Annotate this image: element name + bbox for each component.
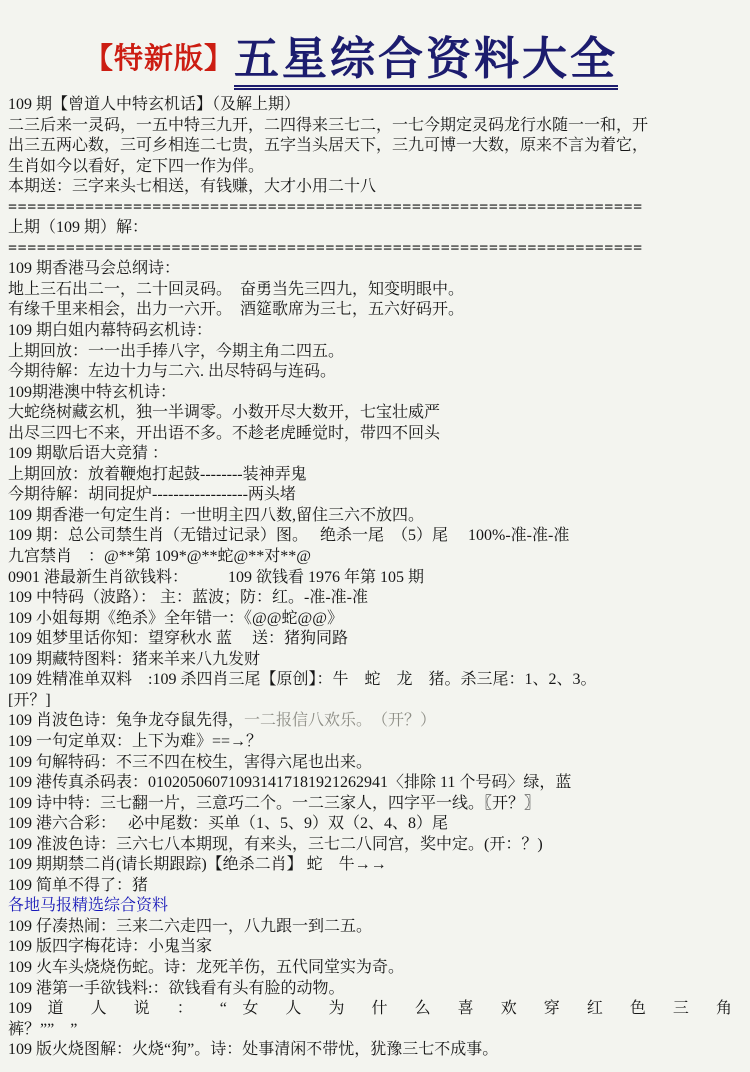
text-line: 大蛇绕树藏玄机，独一半调零。小数开尽大数开，七宝壮威严 [8, 403, 742, 424]
text-line: 今期待解：左边十力与二六. 出尽特码与连码。 [8, 362, 742, 383]
text-line: 109 期香港一句定生肖：一世明主四八数,留住三六不放四。 [8, 506, 742, 527]
content-lines: 109 期【曾道人中特玄机话】（及解上期）二三后来一灵码，一五中特三九开，二四得… [0, 87, 750, 1061]
text-line: 地上三石出二一，二十回灵码。 奋勇当先三四九，知变明眼中。 [8, 280, 742, 301]
text-line: 109 诗中特：三七翻一片，三意巧二个。一二三家人，四字平一线。〖开？〗 [8, 794, 742, 815]
document-page: 【特新版】五星综合资料大全 109 期【曾道人中特玄机话】（及解上期）二三后来一… [0, 0, 750, 1072]
text-line: 二三后来一灵码，一五中特三九开，二四得来三七二，一七今期定灵码龙行水随一一和，开 [8, 116, 742, 137]
text-line: 109 火车头烧烧伤蛇。诗：龙死羊伤，五代同堂实为奇。 [8, 958, 742, 979]
text-line: 各地马报精选综合资料 [8, 896, 742, 917]
text-line: 109 版火烧图解：火烧“狗”。诗：处事清闲不带忧，犹豫三七不成事。 [8, 1040, 742, 1061]
text-line: 109 期期禁二肖(请长期跟踪)【绝杀二肖】 蛇 牛→→ [8, 855, 742, 876]
text-line: 今期待解：胡同捉炉------------------两头堵 [8, 485, 742, 506]
text-line: ========================================… [8, 198, 742, 219]
text-line: 109 肖波色诗：兔争龙夺鼠先得，一二报信八欢乐。 （开？） [8, 711, 742, 732]
text-line: 109 中特码（波路）： 主：蓝波；防：红。-准-准-准 [8, 588, 742, 609]
text-line: 109 版四字梅花诗：小鬼当家 [8, 937, 742, 958]
text-line: 109 准波色诗：三六七八本期现，有来头，三七二八同宫，奖中定。(开：？) [8, 835, 742, 856]
text-line: 上期回放：放着鞭炮打起鼓--------装神弄鬼 [8, 465, 742, 486]
text-segment: 一二报信八欢乐。 （开？） [244, 712, 436, 729]
title-main-text: 五星综合资料大全 [234, 34, 618, 90]
text-line: 出尽三四七不来，开出语不多。不趁老虎睡觉时，带四不回头 [8, 424, 742, 445]
text-line: 109 期藏特图料：猪来羊来八九发财 [8, 650, 742, 671]
text-segment: 109 肖波色诗：兔争龙夺鼠先得， [8, 712, 244, 729]
text-line: 109 仔凑热闹：三来二六走四一，八九跟一到二五。 [8, 917, 742, 938]
text-line: 109 句解特码：不三不四在校生，害得六尾也出来。 [8, 753, 742, 774]
text-line: 0901 港最新生肖欲钱料： 109 欲钱看 1976 年第 105 期 [8, 568, 742, 589]
text-line: 109 期歇后语大竞猜 ： [8, 444, 742, 465]
text-line: 109 简单不得了：猪 [8, 876, 742, 897]
text-line: 上期回放：一一出手捧八字，今期主角二四五。 [8, 342, 742, 363]
title-edition-badge: 【特新版】 [84, 43, 234, 75]
text-line: 109 道 人 说 ： “ 女 人 为 什 么 喜 欢 穿 红 色 三 角 [8, 999, 742, 1020]
text-line: 109 港六合彩： 必中尾数：买单（1、5、9）双（2、4、8）尾 [8, 814, 742, 835]
text-line: 上期（109 期）解： [8, 218, 742, 239]
text-line: 109 姐梦里话你知：望穿秋水 蓝 送：猪狗同路 [8, 629, 742, 650]
text-line: 109 港第一手欲钱料:：欲钱看有头有脸的动物。 [8, 979, 742, 1000]
text-line: 109 港传真杀码表：01020506071093141718192126294… [8, 773, 742, 794]
text-line: 有缘千里来相会，出力一六开。 酒筵歌席为三七，五六好码开。 [8, 300, 742, 321]
text-line: ========================================… [8, 239, 742, 260]
text-line: 109 姓精准单双料 :109 杀四肖三尾【原创】：牛 蛇 龙 猪。杀三尾：1、… [8, 670, 742, 691]
text-line: 109 一句定单双：上下为难》==→？ [8, 732, 742, 753]
text-line: 109期港澳中特玄机诗： [8, 383, 742, 404]
page-title: 【特新版】五星综合资料大全 [0, 0, 750, 87]
text-line: 109 期香港马会总纲诗： [8, 259, 742, 280]
text-line: 109 小姐每期《绝杀》全年错一：《@@蛇@@》 [8, 609, 742, 630]
text-line: 109 期【曾道人中特玄机话】（及解上期） [8, 95, 742, 116]
text-line: 生肖如今以看好，定下四一作为伴。 [8, 157, 742, 178]
text-line: 出三五两心数，三可乡相连二七贵，五字当头居天下，三九可博一大数，原来不言为着它， [8, 136, 742, 157]
text-line: 本期送：三字来头七相送，有钱赚，大才小用二十八 [8, 177, 742, 198]
text-line: 九宫禁肖 ：@**第 109*@**蛇@**对**@ [8, 547, 742, 568]
text-line: 裤？”” ” [8, 1020, 742, 1041]
text-line: 109 期白姐内幕特码玄机诗： [8, 321, 742, 342]
text-line: 109 期：总公司禁生肖（无错过记录）图。 绝杀一尾 （5）尾 100%-准-准… [8, 526, 742, 547]
text-line: [开？] [8, 691, 742, 712]
